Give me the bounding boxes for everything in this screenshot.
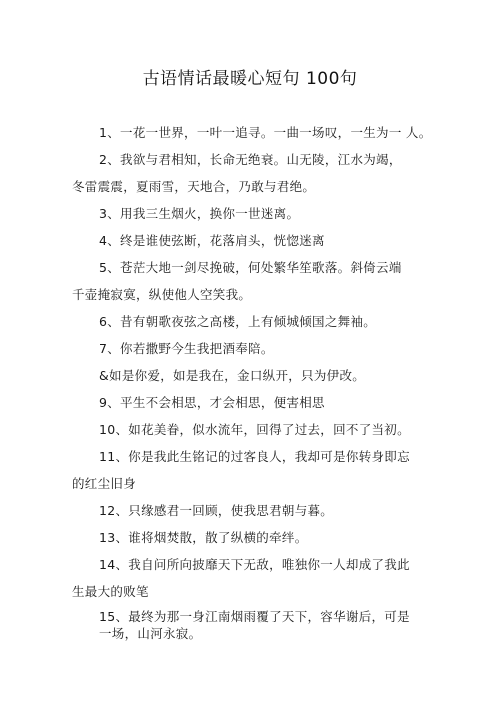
quote-line-12: 12、只缘感君一回顾，使我思君朝与暮。 <box>99 501 333 519</box>
quote-line-7: 7、你若撒野今生我把酒奉陪。 <box>99 339 274 357</box>
quote-line-15-cont: 一场，山河永寂。 <box>99 624 201 642</box>
quote-line-14-cont: 生最大的败笔 <box>72 582 149 600</box>
document-title: 古语情话最暖心短句 100句 <box>0 64 500 89</box>
quote-line-2-cont: 冬雷震震，夏雨雪，天地合，乃敢与君绝。 <box>72 177 315 195</box>
quote-line-1: 1、一花一世界，一叶一追寻。一曲一场叹，一生为一 人。 <box>99 123 432 141</box>
quote-line-3: 3、用我三生烟火，换你一世迷离。 <box>99 204 299 222</box>
quote-line-10: 10、如花美眷，似水流年，回得了过去，回不了当初。 <box>99 420 410 438</box>
quote-line-11: 11、你是我此生铭记的过客良人，我却可是你转身即忘 <box>99 447 410 465</box>
quote-line-8: &如是你爱，如是我在，金口纵开，只为伊改。 <box>99 366 365 384</box>
quote-line-11-cont: 的红尘旧身 <box>72 474 136 492</box>
quote-line-13: 13、谁将烟焚散，散了纵横的牵绊。 <box>99 528 308 546</box>
document-page: 古语情话最暖心短句 100句 1、一花一世界，一叶一追寻。一曲一场叹，一生为一 … <box>0 0 500 708</box>
quote-line-5-cont: 千壶掩寂寞，纵使他人空笑我。 <box>72 285 251 303</box>
quote-line-5: 5、苍茫大地一剑尽挽破，何处繁华笙歌落。斜倚云端 <box>99 258 402 276</box>
quote-line-14: 14、我自问所向披靡天下无敌，唯独你一人却成了我此 <box>99 555 410 573</box>
quote-line-15: 15、最终为那一身江南烟雨覆了天下，容华谢后，可是 <box>99 607 410 625</box>
quote-line-4: 4、终是谁使弦断，花落肩头，恍惚迷离 <box>99 231 325 249</box>
quote-line-6: 6、昔有朝歌夜弦之高楼，上有倾城倾国之舞袖。 <box>99 312 376 330</box>
quote-line-2: 2、我欲与君相知，长命无绝衰。山无陵，江水为竭， <box>99 150 402 168</box>
quote-line-9: 9、平生不会相思，才会相思，便害相思 <box>99 393 325 411</box>
